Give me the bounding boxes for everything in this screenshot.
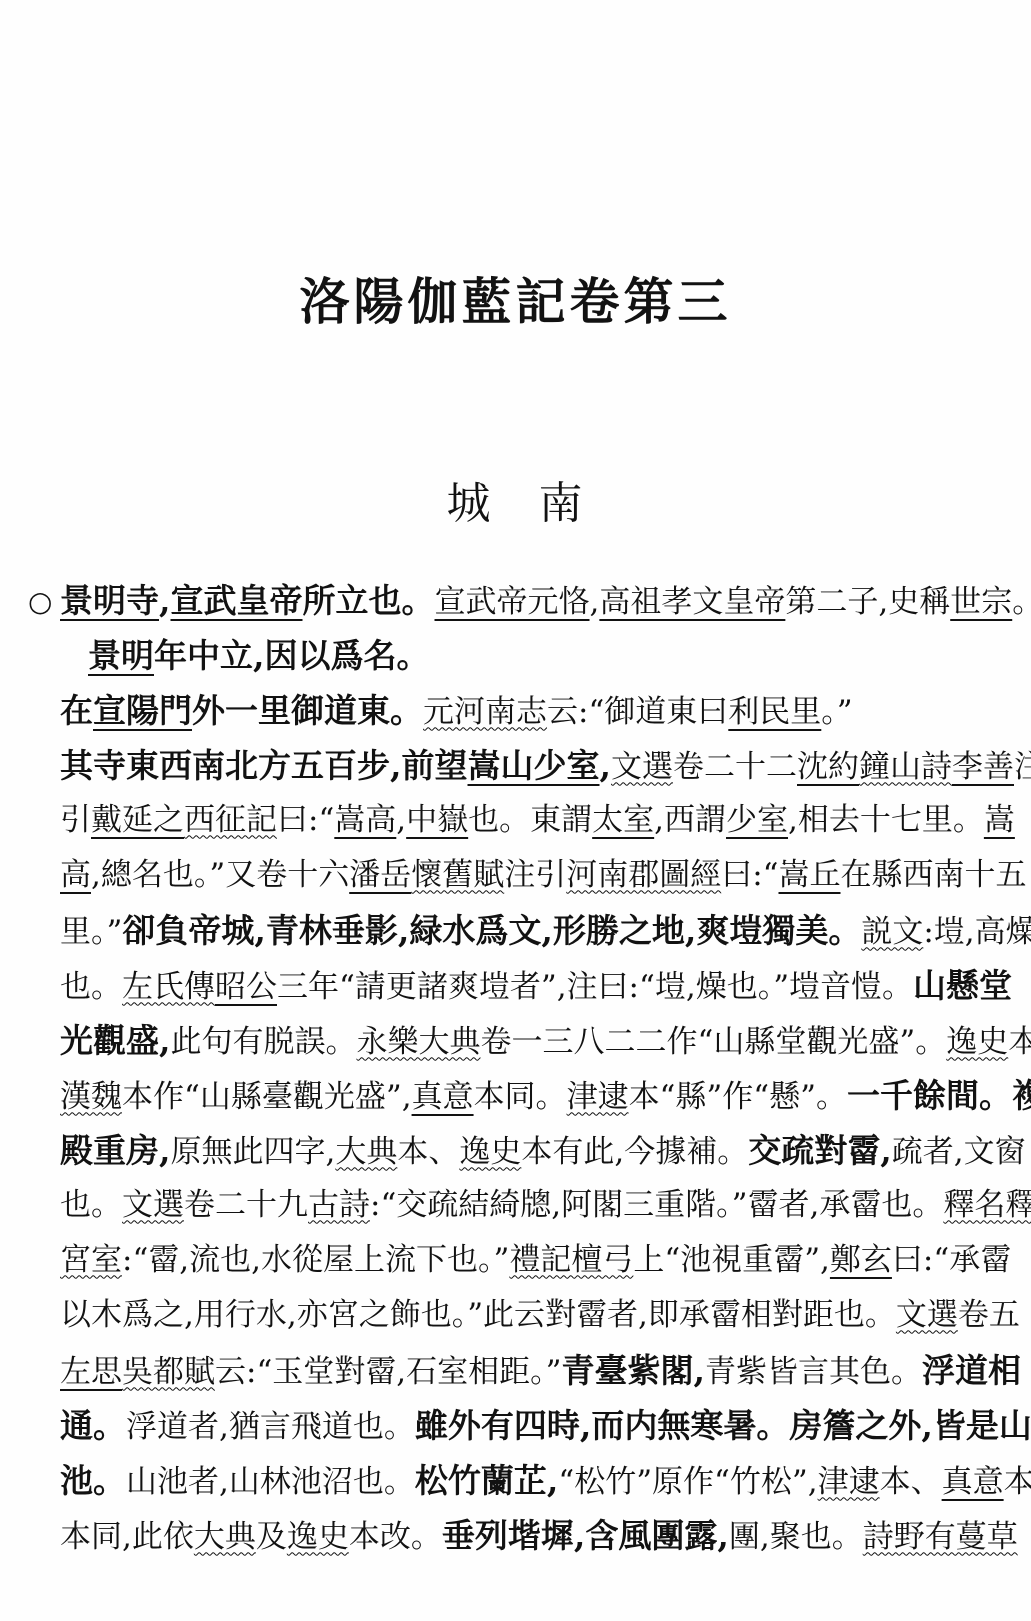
page-title: 洛陽伽藍記卷第三	[0, 34, 1031, 329]
text-line: 引戴延之西征記曰:“嵩高,中嶽也。東謂太室,西謂少室,相去十七里。嵩	[28, 793, 1011, 848]
text-segment: 也。東謂	[468, 802, 592, 838]
text-segment: 西征記	[184, 802, 277, 838]
text-segment: 疏者,文窗	[892, 1134, 1026, 1170]
text-segment: 云:“御道東曰	[547, 694, 728, 730]
text-line: 本同,此依大典及逸史本改。垂列堦墀,含風團露,團,聚也。詩野有蔓草	[28, 1508, 1011, 1563]
text-segment: 嵩	[984, 802, 1015, 838]
text-segment: 太室	[592, 802, 654, 838]
text-segment: ,相去十七里。	[788, 802, 984, 838]
text-segment: 卷二十二	[673, 749, 797, 785]
text-segment: 本、	[1008, 1024, 1031, 1060]
text-segment: 曰:“	[721, 857, 778, 893]
text-segment: 本、	[880, 1464, 942, 1500]
text-segment: “松竹”原作“竹松”,	[558, 1464, 817, 1500]
text-line: 漢魏本作“山縣臺觀光盛”,真意本同。津逮本“縣”作“懸”。一千餘間。複	[28, 1068, 1011, 1123]
text-segment: 年中立,因以爲名。	[154, 636, 430, 675]
text-segment: 其寺東西南北方五百步,前望	[60, 746, 468, 785]
text-segment: 宣武帝元恪	[435, 584, 590, 620]
text-segment: 本	[1004, 1464, 1031, 1500]
text-segment: 。	[1012, 584, 1031, 620]
text-segment: 一千餘間。複	[847, 1076, 1031, 1115]
text-segment: 嵩山少室	[468, 746, 600, 785]
text-segment: 本“縣”作“懸”。	[629, 1079, 847, 1115]
text-segment: 詩野有蔓草	[863, 1519, 1018, 1555]
text-segment: 左思	[60, 1354, 122, 1390]
text-segment: 青臺紫閣,	[562, 1351, 706, 1390]
text-line: 在宣陽門外一里御道東。元河南志云:“御道東曰利民里。”	[28, 683, 1011, 738]
text-segment: 逸史	[287, 1519, 349, 1555]
text-line: 也。文選卷二十九古詩:“交疏結綺牕,阿閣三重階。”霤者,承霤也。釋名釋	[28, 1178, 1011, 1233]
text-segment: ,	[600, 746, 612, 785]
text-segment: 懷舊賦	[411, 857, 504, 893]
text-line: 也。左氏傳昭公三年“請更諸爽塏者”,注曰:“塏,燥也。”塏音愷。山懸堂	[28, 958, 1011, 1013]
text-line: 左思吳都賦云:“玉堂對霤,石室相距。”青臺紫閣,青紫皆言其色。浮道相	[28, 1343, 1011, 1398]
text-segment: 浮道相	[922, 1351, 1021, 1390]
text-segment: 卻負帝城,青林垂影,緑水爲文,形勝之地,爽塏獨美。	[122, 911, 861, 950]
text-segment: :“交疏結綺牕,阿閣三重階。”霤者,承霤也。	[370, 1187, 943, 1223]
text-segment: 禮記檀弓	[509, 1242, 633, 1278]
text-segment: 通。	[60, 1406, 126, 1445]
text-line: 高,總名也。”又卷十六潘岳懷舊賦注引河南郡圖經曰:“嵩丘在縣西南十五	[28, 848, 1011, 903]
text-segment: 大典	[194, 1519, 256, 1555]
text-segment: 池。	[60, 1461, 126, 1500]
text-segment: 永樂大典	[357, 1024, 481, 1060]
text-segment: 高	[60, 857, 91, 893]
text-segment: 中嶽	[406, 802, 468, 838]
text-segment: 松竹蘭芷,	[415, 1461, 559, 1500]
document-page: 洛陽伽藍記卷第三 城 南 ○景明寺,宣武皇帝所立也。宣武帝元恪,高祖孝文皇帝第二…	[0, 0, 1031, 1621]
text-segment: 説文	[861, 914, 923, 950]
text-segment: 注	[1014, 749, 1031, 785]
text-segment: 真意	[942, 1464, 1004, 1500]
text-segment: 景明寺	[60, 581, 159, 620]
text-line: 殿重房,原無此四字,大典本、逸史本有此,今據補。交疏對霤,疏者,文窗	[28, 1123, 1011, 1178]
text-segment: 元河南志	[423, 694, 547, 730]
text-segment: 嵩高	[334, 802, 396, 838]
text-segment: ,	[159, 581, 171, 620]
text-segment: 卷五	[958, 1297, 1020, 1333]
text-segment: ,西謂	[654, 802, 726, 838]
text-segment: 宣武皇帝	[171, 581, 303, 620]
text-segment: 釋名釋	[943, 1187, 1031, 1223]
text-segment: 少室	[726, 802, 788, 838]
text-segment: 第二子,史稱	[785, 584, 950, 620]
text-segment: 上“池視重霤”,	[633, 1242, 830, 1278]
text-segment: 逸史	[459, 1134, 521, 1170]
text-segment: 古詩	[308, 1187, 370, 1223]
text-segment: 景明	[88, 636, 154, 675]
text-segment: 曰:“承霤	[892, 1242, 1011, 1278]
text-line: 景明年中立,因以爲名。	[28, 628, 1011, 683]
text-line: 宮室:“霤,流也,水從屋上流下也。”禮記檀弓上“池視重霤”,鄭玄曰:“承霤	[28, 1233, 1011, 1288]
text-segment: 三年“請更諸爽塏者”,注曰:“塏,燥也。”塏音愷。	[277, 969, 913, 1005]
text-segment: 在	[60, 691, 93, 730]
text-segment: 潘岳	[349, 857, 411, 893]
text-segment: 利民里	[728, 694, 821, 730]
text-segment: ,	[590, 584, 600, 620]
text-segment: 也。	[60, 1187, 122, 1223]
text-segment: 所立也。	[303, 581, 435, 620]
text-segment: 光觀盛,	[60, 1021, 171, 1060]
text-segment: 卷二十九	[184, 1187, 308, 1223]
text-segment: ,總名也。”又卷十六	[91, 857, 349, 893]
text-line: 以木爲之,用行水,亦宮之飾也。”此云對霤者,即承霤相對距也。文選卷五	[28, 1288, 1011, 1343]
text-segment: 卷一三八二二作“山縣堂觀光盛”。	[481, 1024, 947, 1060]
text-segment: 浮道者,猶言飛道也。	[126, 1409, 415, 1445]
text-segment: 也。	[60, 969, 122, 1005]
text-segment: 真意	[412, 1079, 474, 1115]
text-segment: 本有此,今據補。	[521, 1134, 748, 1170]
text-segment: :塏,高燥	[923, 914, 1031, 950]
text-segment: 山懸堂	[913, 966, 1012, 1005]
text-line: 池。山池者,山林池沼也。松竹蘭芷,“松竹”原作“竹松”,津逮本、真意本	[28, 1453, 1011, 1508]
text-segment: 戴延之	[91, 802, 184, 838]
text-line: ○景明寺,宣武皇帝所立也。宣武帝元恪,高祖孝文皇帝第二子,史稱世宗。	[28, 573, 1011, 628]
text-segment: 左氏傳	[122, 969, 215, 1005]
text-segment: 本改。	[349, 1519, 442, 1555]
text-segment: 原無此四字,	[171, 1134, 336, 1170]
text-line: 通。浮道者,猶言飛道也。雖外有四時,而内無寒暑。房簷之外,皆是山	[28, 1398, 1011, 1453]
text-segment: 殿重房,	[60, 1131, 171, 1170]
text-segment: 交疏對霤,	[748, 1131, 892, 1170]
text-segment: :“霤,流也,水從屋上流下也。”	[122, 1242, 509, 1278]
text-segment: 鐘山詩	[859, 749, 952, 785]
text-segment: 團,聚也。	[729, 1519, 863, 1555]
text-segment: 大典	[335, 1134, 397, 1170]
text-segment: 昭公	[215, 969, 277, 1005]
text-segment: 李善	[952, 749, 1014, 785]
text-segment: 垂列堦墀,含風團露,	[442, 1516, 729, 1555]
text-segment: 本同。	[474, 1079, 567, 1115]
text-segment: 曰:“	[277, 802, 334, 838]
section-heading: 城 南	[0, 467, 1031, 531]
text-segment: 在縣西南十五	[841, 857, 1027, 893]
text-segment: 本作“山縣臺觀光盛”,	[122, 1079, 412, 1115]
text-segment: 津逮	[567, 1079, 629, 1115]
text-segment: 鄭玄	[830, 1242, 892, 1278]
text-segment: 世宗	[950, 584, 1012, 620]
text-segment: 河南郡圖經	[566, 857, 721, 893]
text-line: 其寺東西南北方五百步,前望嵩山少室,文選卷二十二沈約鐘山詩李善注	[28, 738, 1011, 793]
text-segment: ,	[396, 802, 406, 838]
text-segment: 本、	[397, 1134, 459, 1170]
text-line: 光觀盛,此句有脱誤。永樂大典卷一三八二二作“山縣堂觀光盛”。逸史本、	[28, 1013, 1011, 1068]
text-segment: 嵩丘	[779, 857, 841, 893]
text-segment: 宣陽門	[93, 691, 192, 730]
text-segment: 云:“玉堂對霤,石室相距。”	[215, 1354, 562, 1390]
text-segment: 逸史	[946, 1024, 1008, 1060]
text-segment: 及	[256, 1519, 287, 1555]
text-segment: 高祖孝文皇帝	[599, 584, 785, 620]
text-segment: 文選	[122, 1187, 184, 1223]
text-segment: 引	[60, 802, 91, 838]
text-segment: 津逮	[818, 1464, 880, 1500]
text-segment: 此句有脱誤。	[171, 1024, 357, 1060]
text-segment: 吳都賦	[122, 1354, 215, 1390]
text-segment: 本同,此依	[60, 1519, 194, 1555]
text-segment: 。”	[821, 694, 852, 730]
text-segment: 山池者,山林池沼也。	[126, 1464, 415, 1500]
text-segment: 漢魏	[60, 1079, 122, 1115]
text-line: 里。”卻負帝城,青林垂影,緑水爲文,形勝之地,爽塏獨美。説文:塏,高燥	[28, 903, 1011, 958]
text-segment: 青紫皆言其色。	[705, 1354, 922, 1390]
text-segment: 文選	[896, 1297, 958, 1333]
text-segment: 以木爲之,用行水,亦宮之飾也。”此云對霤者,即承霤相對距也。	[60, 1297, 896, 1333]
text-segment: 注引	[504, 857, 566, 893]
document-body: ○景明寺,宣武皇帝所立也。宣武帝元恪,高祖孝文皇帝第二子,史稱世宗。景明年中立,…	[0, 573, 1031, 1563]
text-segment: 雖外有四時,而内無寒暑。房簷之外,皆是山	[415, 1406, 1031, 1445]
text-segment: 文選	[611, 749, 673, 785]
text-segment: 沈約	[797, 749, 859, 785]
paragraph-marker: ○	[28, 574, 60, 629]
text-segment: 里。”	[60, 914, 122, 950]
text-segment: 宮室	[60, 1242, 122, 1278]
text-segment: 外一里御道東。	[192, 691, 423, 730]
